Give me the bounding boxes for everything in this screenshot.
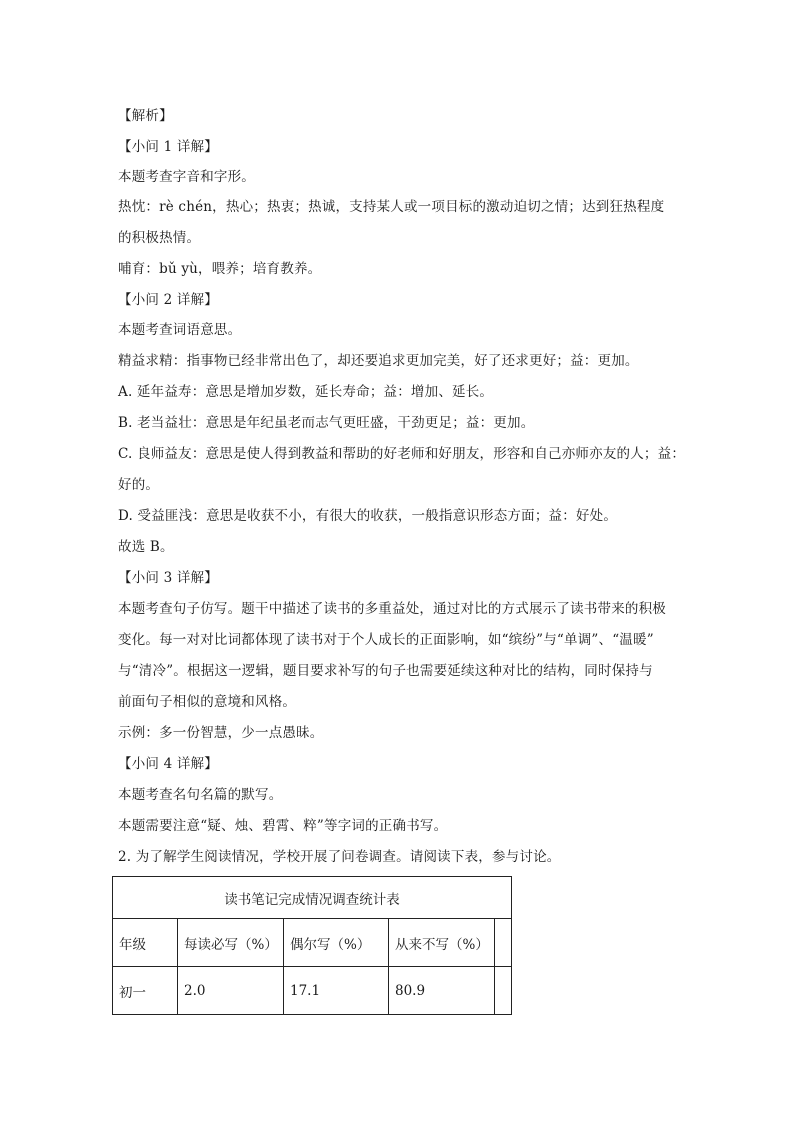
header-sometimes-write: 偶尔写（%） xyxy=(284,919,389,967)
table-title: 读书笔记完成情况调查统计表 xyxy=(113,877,512,919)
document-page: 【解析】【小问 1 详解】本题考查字音和字形。热忱：rè chén，热心；热衷；… xyxy=(0,0,793,1122)
header-always-write: 每读必写（%） xyxy=(178,919,284,967)
table-row: 初一 2.0 17.1 80.9 xyxy=(113,967,512,1015)
text-line: A. 延年益寿：意思是增加岁数，延长寿命；益：增加、延长。 xyxy=(118,382,493,402)
text-line: 的积极热情。 xyxy=(118,228,200,248)
cell-grade: 初一 xyxy=(113,967,178,1015)
text-line: 变化。每一对对比词都体现了读书对于个人成长的正面影响，如“缤纷”与“单调”、“温… xyxy=(118,630,654,650)
text-line: 精益求精：指事物已经非常出色了，却还要追求更加完美，好了还求更好；益：更加。 xyxy=(118,351,639,371)
text-line: 【小问 2 详解】 xyxy=(118,290,218,310)
table-header-row: 年级 每读必写（%） 偶尔写（%） 从来不写（%） xyxy=(113,919,512,967)
reading-notes-survey-table: 读书笔记完成情况调查统计表 年级 每读必写（%） 偶尔写（%） 从来不写（%） … xyxy=(112,876,512,1015)
cell-always-write: 2.0 xyxy=(178,967,284,1015)
text-line: 【小问 1 详解】 xyxy=(118,137,218,157)
text-line: 本题考查句子仿写。题干中描述了读书的多重益处，通过对比的方式展示了读书带来的积极 xyxy=(118,599,666,619)
header-grade: 年级 xyxy=(113,919,178,967)
text-line: 2. 为了解学生阅读情况，学校开展了问卷调查。请阅读下表，参与讨论。 xyxy=(118,847,560,867)
text-line: 示例：多一份智慧，少一点愚昧。 xyxy=(118,723,324,743)
text-line: 本题考查词语意思。 xyxy=(118,320,241,340)
text-line: 与“清冷”。根据这一逻辑，题目要求补写的句子也需要延续这种对比的结构，同时保持与 xyxy=(118,661,653,681)
text-line: 哺育：bǔ yù，喂养；培育教养。 xyxy=(118,259,321,279)
text-line: 前面句子相似的意境和风格。 xyxy=(118,692,296,712)
text-line: 本题需要注意“疑、烛、碧霄、粹”等字词的正确书写。 xyxy=(118,816,447,836)
text-line: 本题考查字音和字形。 xyxy=(118,167,255,187)
text-line: 热忱：rè chén，热心；热衷；热诚，支持某人或一项目标的激动迫切之情；达到狂… xyxy=(118,197,664,217)
header-empty xyxy=(495,919,512,967)
text-line: C. 良师益友：意思是使人得到教益和帮助的好老师和好朋友，形容和自己亦师亦友的人… xyxy=(118,444,685,464)
text-line: D. 受益匪浅：意思是收获不小，有很大的收获，一般指意识形态方面；益：好处。 xyxy=(118,506,617,526)
cell-sometimes-write: 17.1 xyxy=(284,967,389,1015)
text-line: 【小问 4 详解】 xyxy=(118,754,218,774)
cell-never-write: 80.9 xyxy=(389,967,495,1015)
text-line: 【小问 3 详解】 xyxy=(118,568,218,588)
text-line: 【解析】 xyxy=(118,106,173,126)
text-line: 好的。 xyxy=(118,475,159,495)
text-line: 故选 B。 xyxy=(118,537,174,557)
cell-empty xyxy=(495,967,512,1015)
text-line: B. 老当益壮：意思是年纪虽老而志气更旺盛，干劲更足；益：更加。 xyxy=(118,413,534,433)
text-line: 本题考查名句名篇的默写。 xyxy=(118,785,282,805)
header-never-write: 从来不写（%） xyxy=(389,919,495,967)
